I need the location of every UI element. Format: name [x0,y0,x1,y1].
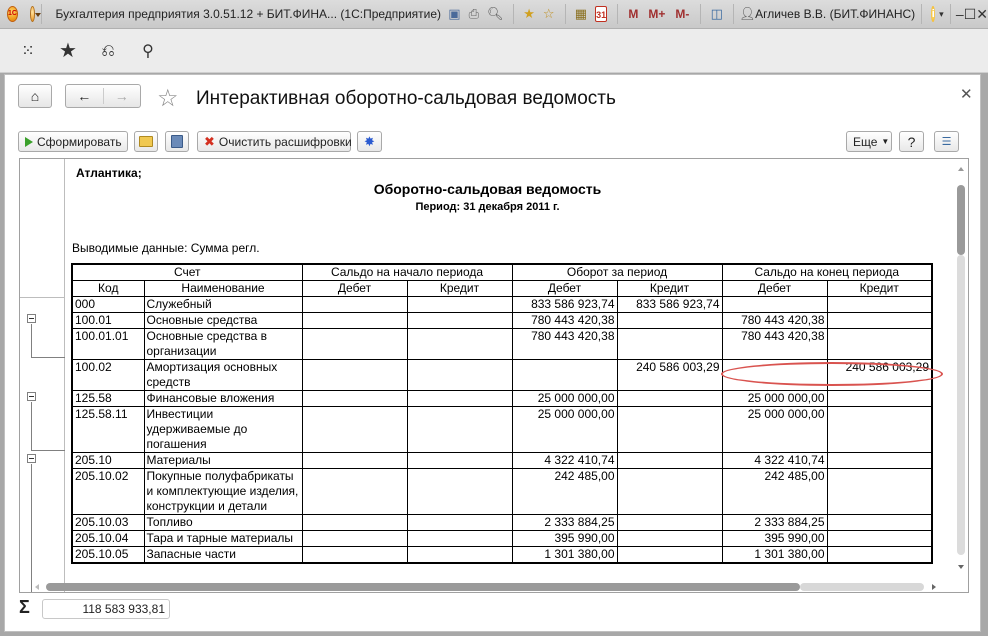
cell-turn-debit[interactable] [512,360,617,391]
scroll-down-arrow-icon[interactable] [958,565,964,569]
col-code: Код [72,281,144,297]
memory-mplus-button[interactable]: M+ [648,7,665,21]
calculator-icon[interactable]: ▦ [575,6,587,22]
cell-open-credit[interactable] [407,531,512,547]
sections-grid-icon[interactable]: ⁙ [18,41,38,61]
selected-cells-sum-field[interactable]: 118 583 933,81 [42,599,170,619]
vertical-scrollbar[interactable] [954,159,969,579]
cell-close-debit[interactable]: 25 000 000,00 [722,407,827,453]
cell-open-debit[interactable] [302,469,407,515]
clear-label: Очистить расшифровки [219,135,352,149]
cell-open-credit[interactable] [407,515,512,531]
cell-open-credit[interactable] [407,391,512,407]
clear-drilldowns-button[interactable]: ✖ Очистить расшифровки [197,131,351,152]
cell-open-credit[interactable] [407,547,512,564]
cell-open-credit[interactable] [407,407,512,453]
cell-code[interactable]: 100.01.01 [72,329,144,360]
tree-line [31,324,32,357]
memory-mminus-button[interactable]: M- [675,7,689,21]
cell-open-credit[interactable] [407,297,512,313]
sum-sigma-icon: Σ [19,597,30,618]
cell-open-debit[interactable] [302,547,407,564]
output-data-label: Выводимые данные: Сумма регл. [72,241,260,255]
header-turnover: Оборот за период [512,264,722,281]
table-row[interactable]: 100.01Основные средства780 443 420,38780… [72,313,932,329]
cell-code[interactable]: 205.10.04 [72,531,144,547]
cell-code[interactable]: 205.10.02 [72,469,144,515]
close-icon[interactable]: ✕ [960,85,973,103]
cell-turn-credit[interactable] [617,531,722,547]
col-open-credit: Кредит [407,281,512,297]
panels-icon[interactable]: ◫ [711,6,723,22]
cell-close-debit[interactable]: 780 443 420,38 [722,329,827,360]
cell-name[interactable]: Материалы [144,453,302,469]
cell-turn-debit[interactable]: 2 333 884,25 [512,515,617,531]
grouping-tree-column [20,159,65,592]
osv-table: Счет Сальдо на начало периода Оборот за … [71,263,933,564]
cell-close-debit[interactable]: 4 322 410,74 [722,453,827,469]
col-name: Наименование [144,281,302,297]
cell-close-debit[interactable]: 780 443 420,38 [722,313,827,329]
user-icon: 👤︎ [739,6,749,22]
cell-open-debit[interactable] [302,297,407,313]
cell-code[interactable]: 000 [72,297,144,313]
history-icon[interactable]: ⎌ [98,41,118,61]
cell-close-credit[interactable] [827,391,932,407]
col-turn-credit: Кредит [617,281,722,297]
cell-turn-credit[interactable] [617,515,722,531]
favorites-star-icon[interactable]: ★ [58,38,78,63]
cell-turn-debit[interactable]: 25 000 000,00 [512,391,617,407]
scroll-right-arrow-icon[interactable] [932,584,936,590]
cell-open-debit[interactable] [302,313,407,329]
cell-turn-debit[interactable]: 242 485,00 [512,469,617,515]
help-button[interactable]: ? [899,131,924,152]
header-opening-balance: Сальдо на начало периода [302,264,512,281]
cell-name[interactable]: Основные средства [144,313,302,329]
cell-close-debit[interactable]: 242 485,00 [722,469,827,515]
tree-line [31,464,32,593]
minimize-button[interactable]: – [956,6,964,22]
search-icon[interactable]: ⚲ [138,41,158,61]
current-user[interactable]: Агличев В.В. (БИТ.ФИНАНС) [755,7,915,21]
cell-name[interactable]: Топливо [144,515,302,531]
table-row[interactable]: 125.58Финансовые вложения25 000 000,0025… [72,391,932,407]
col-turn-debit: Дебет [512,281,617,297]
memory-m-button[interactable]: M [628,7,638,21]
table-row[interactable]: 000Служебный833 586 923,74833 586 923,74 [72,297,932,313]
report-spreadsheet[interactable]: Атлантика; Оборотно-сальдовая ведомость … [19,158,969,593]
cell-close-debit[interactable] [722,360,827,391]
table-row[interactable]: 205.10.05Запасные части1 301 380,001 301… [72,547,932,564]
main-menu-icon[interactable] [30,6,35,22]
cell-close-credit[interactable] [827,515,932,531]
table-row[interactable]: 205.10.04Тара и тарные материалы395 990,… [72,531,932,547]
play-icon [25,137,33,147]
cell-close-debit[interactable] [722,297,827,313]
generate-label: Сформировать [37,135,122,149]
tree-divider [20,297,65,298]
cell-close-credit[interactable]: 240 586 003,29 [827,360,932,391]
cell-name[interactable]: Запасные части [144,547,302,564]
scroll-up-arrow-icon[interactable] [958,167,964,171]
cell-turn-debit[interactable]: 780 443 420,38 [512,313,617,329]
cell-code[interactable]: 205.10.05 [72,547,144,564]
table-row[interactable]: 100.01.01Основные средства в организации… [72,329,932,360]
cell-turn-credit[interactable]: 833 586 923,74 [617,297,722,313]
cell-close-credit[interactable] [827,531,932,547]
tree-line [31,402,32,450]
cell-name[interactable]: Основные средства в организации [144,329,302,360]
table-row[interactable]: 125.58.11Инвестиции удерживаемые до пога… [72,407,932,453]
header-closing-balance: Сальдо на конец периода [722,264,932,281]
vertical-scroll-thumb[interactable] [957,185,965,255]
back-button[interactable]: ← [66,88,104,104]
tree-line [31,450,65,451]
cell-turn-credit[interactable]: 240 586 003,29 [617,360,722,391]
cell-turn-debit[interactable]: 395 990,00 [512,531,617,547]
save-settings-button[interactable] [165,131,189,152]
chevron-down-icon: ▼ [881,137,889,146]
horizontal-scroll-track[interactable] [800,583,924,591]
more-label: Еще [853,135,877,149]
close-window-button[interactable]: ✕ [976,6,988,23]
nav-buttons-group: ← → [65,84,141,108]
cell-close-credit[interactable] [827,407,932,453]
header-account: Счет [72,264,302,281]
cell-name[interactable]: Финансовые вложения [144,391,302,407]
organization-name: Атлантика; [76,166,142,180]
cell-code[interactable]: 125.58 [72,391,144,407]
cell-code[interactable]: 205.10.03 [72,515,144,531]
app-titlebar: 1С Бухгалтерия предприятия 3.0.51.12 + Б… [0,0,988,29]
app-title: Бухгалтерия предприятия 3.0.51.12 + БИТ.… [55,7,441,21]
table-row[interactable]: 205.10Материалы4 322 410,744 322 410,74 [72,453,932,469]
cell-turn-debit[interactable]: 780 443 420,38 [512,329,617,360]
cell-open-credit[interactable] [407,329,512,360]
cell-name[interactable]: Тара и тарные материалы [144,531,302,547]
cell-close-credit[interactable] [827,329,932,360]
save-icon[interactable]: ▣ [448,6,460,22]
cell-code[interactable]: 125.58.11 [72,407,144,453]
cell-open-credit[interactable] [407,313,512,329]
settings-folder-button[interactable] [134,131,158,152]
tree-line [31,357,65,358]
table-row[interactable]: 205.10.02Покупные полуфабрикаты и компле… [72,469,932,515]
cell-open-debit[interactable] [302,453,407,469]
home-button[interactable]: ⌂ [18,84,52,108]
idea-button[interactable]: ✸ [357,131,382,152]
1c-logo-icon: 1С [7,6,18,22]
chevron-down-icon[interactable]: ▾ [939,9,944,20]
cell-close-debit[interactable]: 1 301 380,00 [722,547,827,564]
help-label: ? [908,134,916,150]
cell-open-debit[interactable] [302,391,407,407]
horizontal-scrollbar[interactable] [34,580,954,593]
list-settings-icon: ☰ [942,135,952,148]
favorite-star-icon[interactable]: ☆ [157,84,179,113]
cell-name[interactable]: Инвестиции удерживаемые до погашения [144,407,302,453]
clear-x-icon: ✖ [204,134,215,150]
favorites-icon[interactable]: ☆ [543,6,555,22]
info-icon[interactable]: i [931,6,935,22]
cell-open-debit[interactable] [302,360,407,391]
cell-turn-credit[interactable] [617,391,722,407]
table-row[interactable]: 205.10.03Топливо2 333 884,252 333 884,25 [72,515,932,531]
cell-close-credit[interactable] [827,453,932,469]
report-form: ⌂ ← → ☆ Интерактивная оборотно-сальдовая… [4,74,981,632]
cell-turn-debit[interactable]: 25 000 000,00 [512,407,617,453]
col-close-debit: Дебет [722,281,827,297]
save-settings-icon [171,135,183,148]
cell-close-credit[interactable] [827,547,932,564]
preview-icon[interactable]: 🔍︎ [487,6,503,22]
cell-turn-credit[interactable] [617,547,722,564]
cell-open-credit[interactable] [407,360,512,391]
col-open-debit: Дебет [302,281,407,297]
cell-close-credit[interactable] [827,469,932,515]
cell-turn-credit[interactable] [617,329,722,360]
cell-turn-credit[interactable] [617,313,722,329]
print-icon[interactable]: ⎙ [469,6,479,22]
cell-name[interactable]: Амортизация основных средств [144,360,302,391]
cell-turn-debit[interactable]: 833 586 923,74 [512,297,617,313]
cell-name[interactable]: Служебный [144,297,302,313]
cell-close-credit[interactable] [827,297,932,313]
cell-code[interactable]: 100.02 [72,360,144,391]
col-close-credit: Кредит [827,281,932,297]
cell-name[interactable]: Покупные полуфабрикаты и комплектующие и… [144,469,302,515]
horizontal-scroll-thumb[interactable] [46,583,800,591]
more-button[interactable]: Еще ▼ [846,131,892,152]
cell-open-debit[interactable] [302,329,407,360]
cell-turn-debit[interactable]: 4 322 410,74 [512,453,617,469]
report-title: Оборотно-сальдовая ведомость [66,181,909,197]
cell-close-debit[interactable]: 2 333 884,25 [722,515,827,531]
cell-code[interactable]: 205.10 [72,453,144,469]
maximize-button[interactable]: ☐ [964,6,977,23]
cell-turn-debit[interactable]: 1 301 380,00 [512,547,617,564]
section-panel: ⁙ ★ ⎌ ⚲ [0,29,988,73]
scroll-left-arrow-icon[interactable] [35,584,39,590]
report-period: Период: 31 декабря 2011 г. [66,201,909,213]
cell-open-debit[interactable] [302,515,407,531]
cell-open-debit[interactable] [302,531,407,547]
folder-settings-icon [139,136,153,147]
collapse-group-icon[interactable] [27,392,36,401]
cell-turn-credit[interactable] [617,453,722,469]
cell-close-debit[interactable]: 25 000 000,00 [722,391,827,407]
lightbulb-icon: ✸ [364,134,375,150]
favorites-add-icon[interactable]: ★ [523,6,535,22]
report-settings-button[interactable]: ☰ [934,131,959,152]
calendar-icon[interactable]: 31 [595,6,607,22]
cell-turn-credit[interactable] [617,469,722,515]
page-title: Интерактивная оборотно-сальдовая ведомос… [196,88,616,110]
cell-close-credit[interactable] [827,313,932,329]
collapse-group-icon[interactable] [27,314,36,323]
cell-turn-credit[interactable] [617,407,722,453]
vertical-scroll-track[interactable] [957,255,965,555]
generate-button[interactable]: Сформировать [18,131,128,152]
forward-button[interactable]: → [104,88,141,104]
cell-open-credit[interactable] [407,453,512,469]
cell-code[interactable]: 100.01 [72,313,144,329]
cell-open-credit[interactable] [407,469,512,515]
cell-close-debit[interactable]: 395 990,00 [722,531,827,547]
collapse-group-icon[interactable] [27,454,36,463]
table-row[interactable]: 100.02Амортизация основных средств240 58… [72,360,932,391]
cell-open-debit[interactable] [302,407,407,453]
